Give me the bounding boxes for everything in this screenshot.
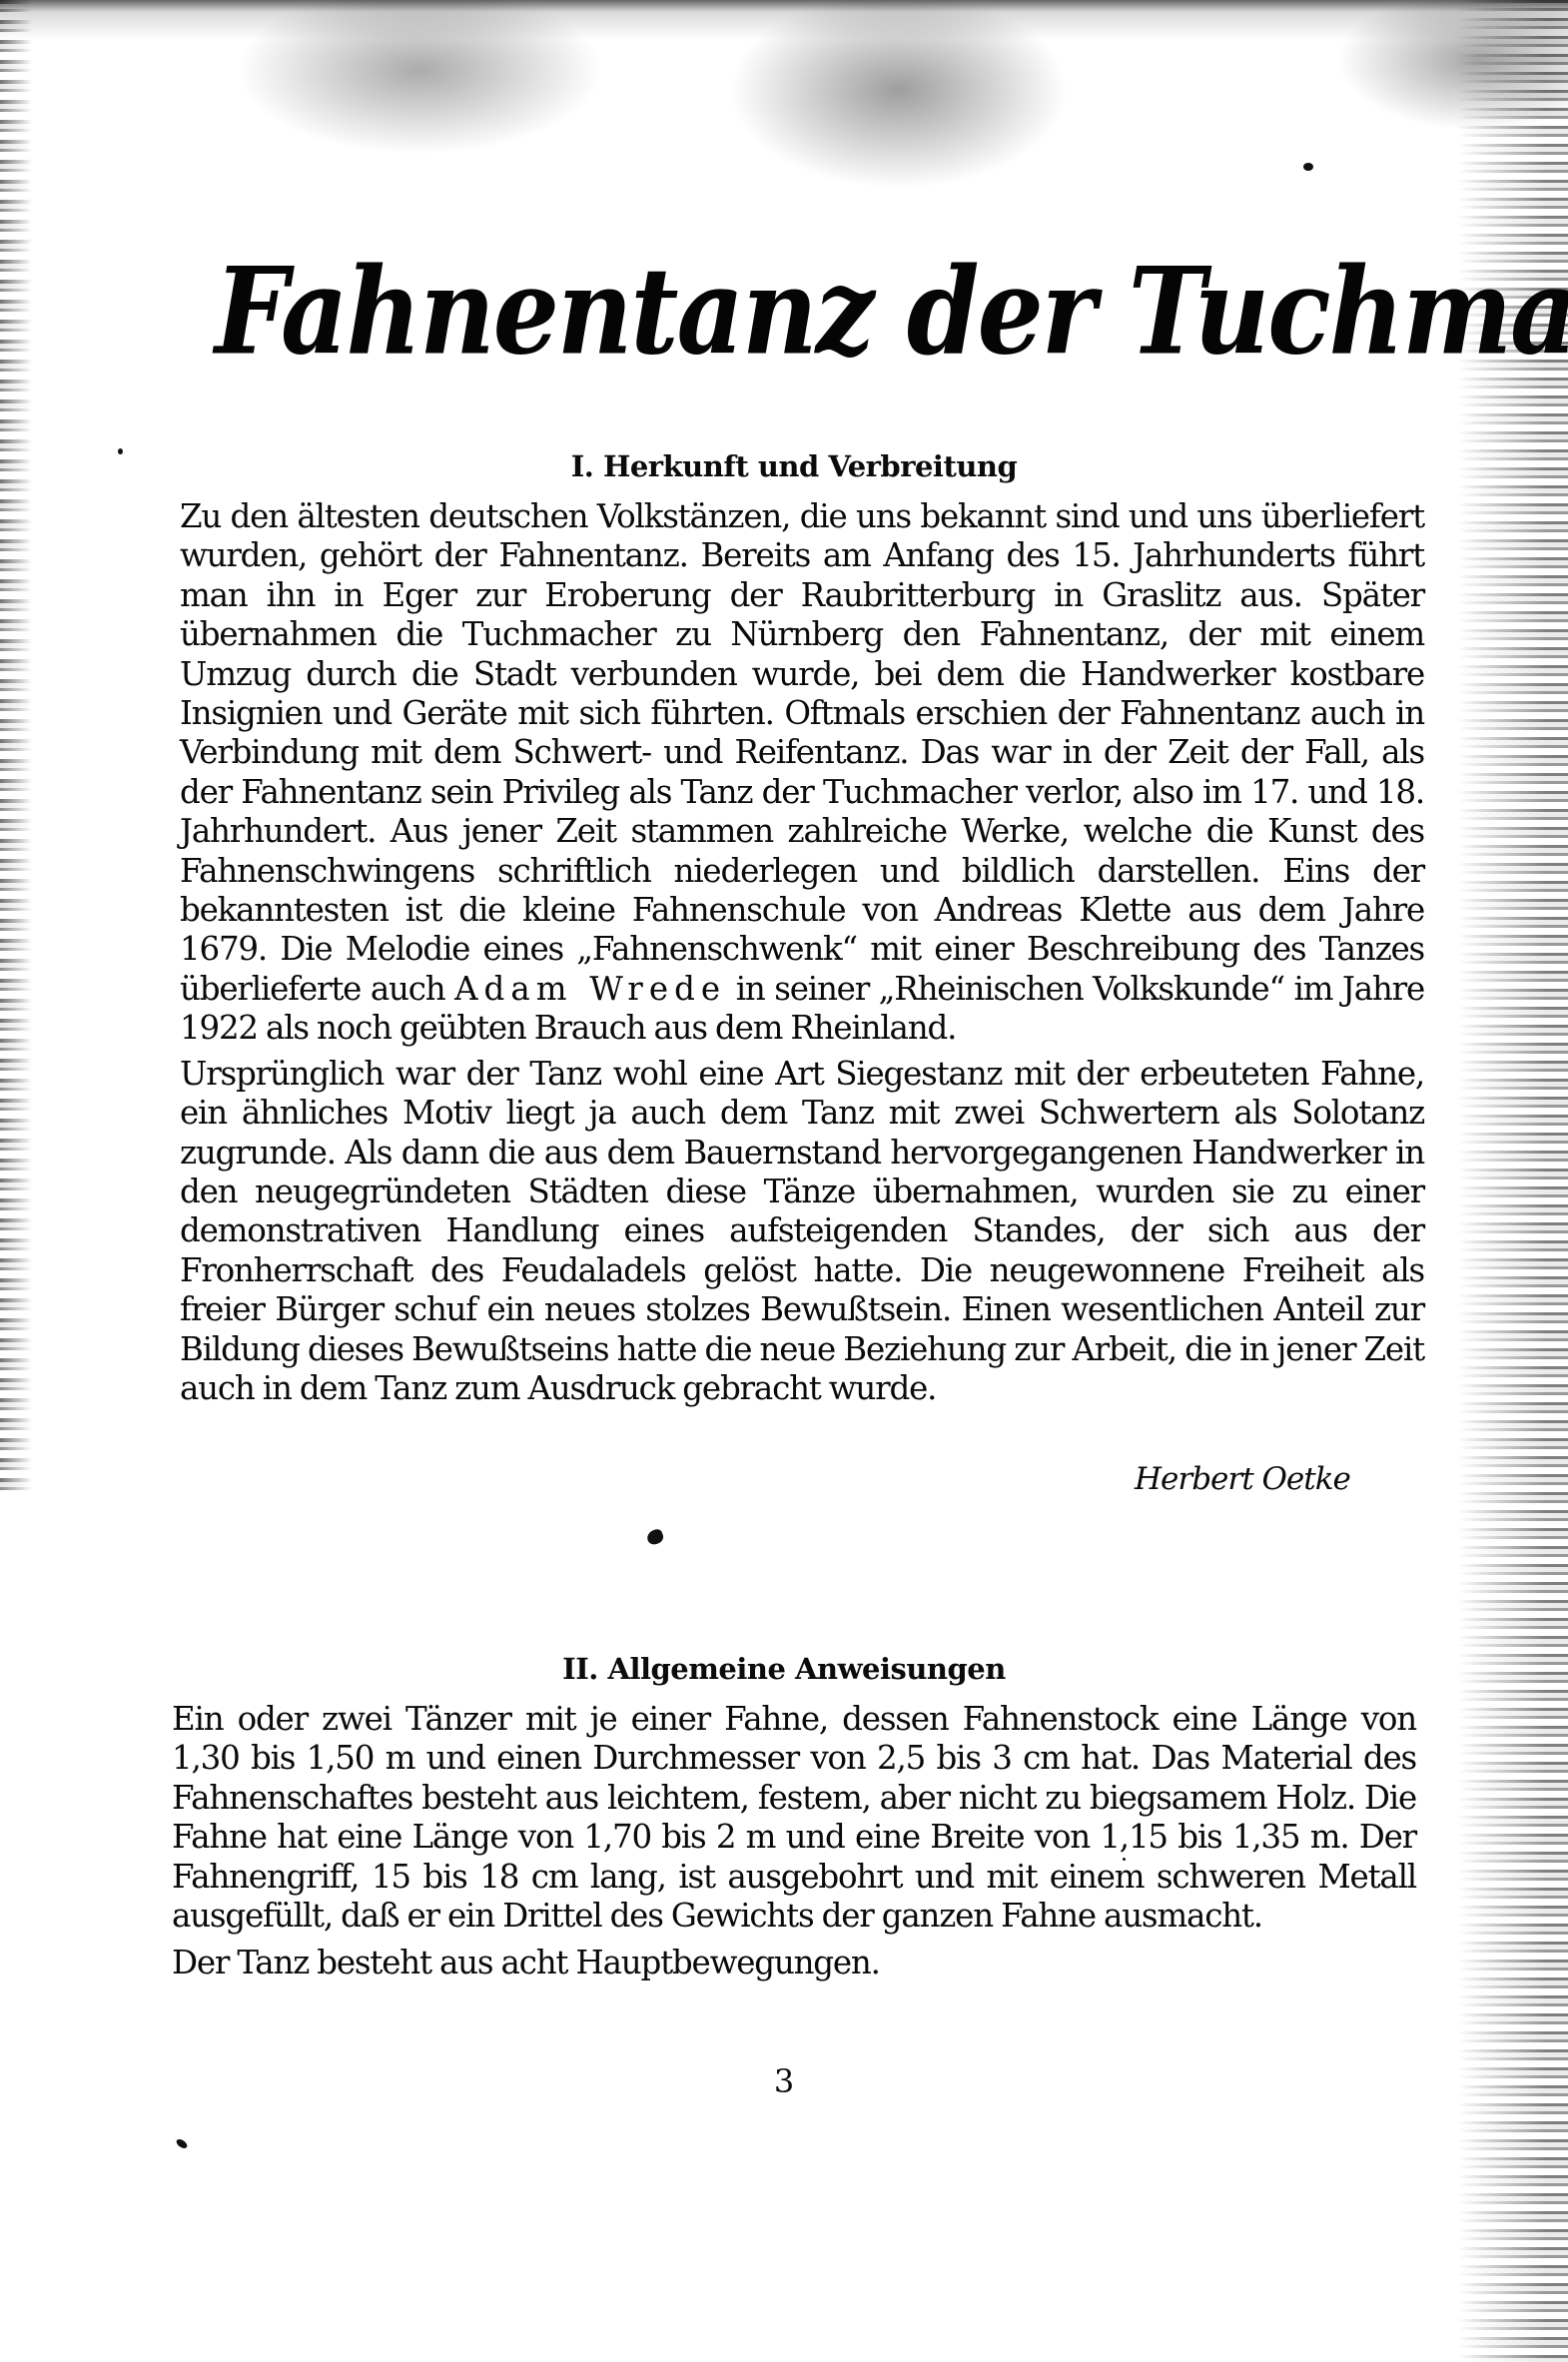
page-number: 3 [0, 2062, 1568, 2100]
author-name-emphasis: Adam Wrede [454, 970, 726, 1008]
section-body-anweisungen: Ein oder zwei Tänzer mit je einer Fahne,… [172, 1700, 1416, 1983]
paragraph: Ein oder zwei Tänzer mit je einer Fahne,… [172, 1700, 1416, 1936]
scan-noise-top [0, 0, 1568, 210]
paragraph: Der Tanz besteht aus acht Hauptbewegunge… [172, 1944, 1416, 1982]
section-heading-herkunft: I. Herkunft und Verbreitung [10, 449, 1568, 483]
section-body-herkunft: Zu den ältesten deutschen Volkstänzen, d… [180, 497, 1424, 1408]
page-title: Fahnentanz der Tuchmacher [215, 252, 1383, 372]
scan-speck [1303, 163, 1313, 171]
section-heading-anweisungen: II. Allgemeine Anweisungen [0, 1652, 1568, 1686]
author-signature: Herbert Oetke [1135, 1461, 1350, 1497]
paragraph: Zu den ältesten deutschen Volkstänzen, d… [180, 497, 1424, 1049]
paragraph: Ursprünglich war der Tanz wohl eine Art … [180, 1055, 1424, 1409]
scan-noise-left [0, 0, 32, 1498]
scan-speck [175, 2137, 189, 2150]
section-divider-ornament [645, 1528, 665, 1547]
